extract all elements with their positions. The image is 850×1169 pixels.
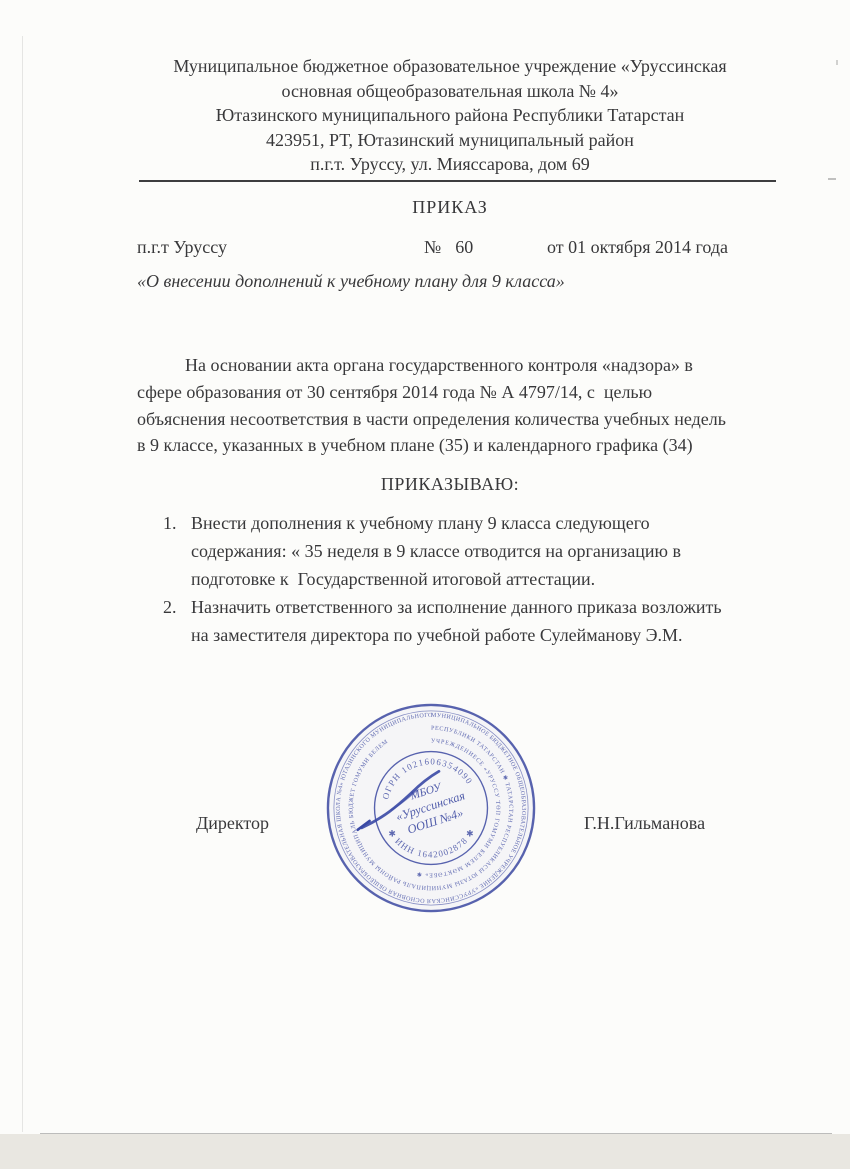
letterhead-divider-rule	[139, 180, 776, 182]
item-line: Назначить ответственного за исполнение д…	[191, 593, 783, 621]
order-date: от 01 октября 2014 года	[547, 237, 728, 258]
scan-speck	[828, 178, 836, 180]
preamble-line: в 9 классе, указанных в учебном плане (3…	[137, 432, 783, 459]
seal-svg: МУНИЦИПАЛЬНОЕ БЮДЖЕТНОЕ ОБЩЕОБРАЗОВАТЕЛЬ…	[322, 699, 540, 917]
scanned-order-document: Муниципальное бюджетное образовательное …	[0, 0, 850, 1169]
signature-role: Директор	[196, 813, 269, 834]
order-title: ПРИКАЗ	[120, 197, 780, 218]
item-number: 2.	[163, 593, 191, 649]
item-number: 1.	[163, 509, 191, 593]
preamble-line: сфере образования от 30 сентября 2014 го…	[137, 379, 783, 406]
page-bottom-edge-line	[40, 1133, 832, 1134]
scanner-background-strip	[0, 1134, 850, 1169]
letterhead: Муниципальное бюджетное образовательное …	[120, 54, 780, 177]
item-line: на заместителя директора по учебной рабо…	[191, 621, 783, 649]
preamble-line: На основании акта органа государственног…	[137, 352, 783, 379]
letterhead-line: Ютазинского муниципального района Респуб…	[120, 103, 780, 128]
order-number: №60	[424, 237, 473, 258]
school-seal-stamp: МУНИЦИПАЛЬНОЕ БЮДЖЕТНОЕ ОБЩЕОБРАЗОВАТЕЛЬ…	[322, 699, 540, 917]
preamble-line: объяснения несоответствия в части опреде…	[137, 406, 783, 433]
signature-name: Г.Н.Гильманова	[584, 813, 705, 834]
item-line: Внести дополнения к учебному плану 9 кла…	[191, 509, 783, 537]
item-line: содержания: « 35 неделя в 9 классе отвод…	[191, 537, 783, 565]
order-item: 2. Назначить ответственного за исполнени…	[163, 593, 783, 649]
scan-speck	[836, 60, 838, 65]
directive-word: ПРИКАЗЫВАЮ:	[120, 474, 780, 495]
order-subject: «О внесении дополнений к учебному плану …	[137, 271, 565, 292]
number-value: 60	[455, 237, 473, 257]
letterhead-line: основная общеобразовательная школа № 4»	[120, 79, 780, 104]
page-left-edge-shadow	[22, 36, 23, 1132]
order-item: 1. Внести дополнения к учебному плану 9 …	[163, 509, 783, 593]
letterhead-line: Муниципальное бюджетное образовательное …	[120, 54, 780, 79]
item-line: подготовке к Государственной итоговой ат…	[191, 565, 783, 593]
number-sign: №	[424, 237, 441, 257]
letterhead-line: 423951, РТ, Ютазинский муниципальный рай…	[120, 128, 780, 153]
order-items: 1. Внести дополнения к учебному плану 9 …	[163, 509, 783, 649]
letterhead-line: п.г.т. Уруссу, ул. Мияссарова, дом 69	[120, 152, 780, 177]
order-preamble: На основании акта органа государственног…	[137, 352, 783, 459]
order-place: п.г.т Уруссу	[137, 237, 227, 258]
